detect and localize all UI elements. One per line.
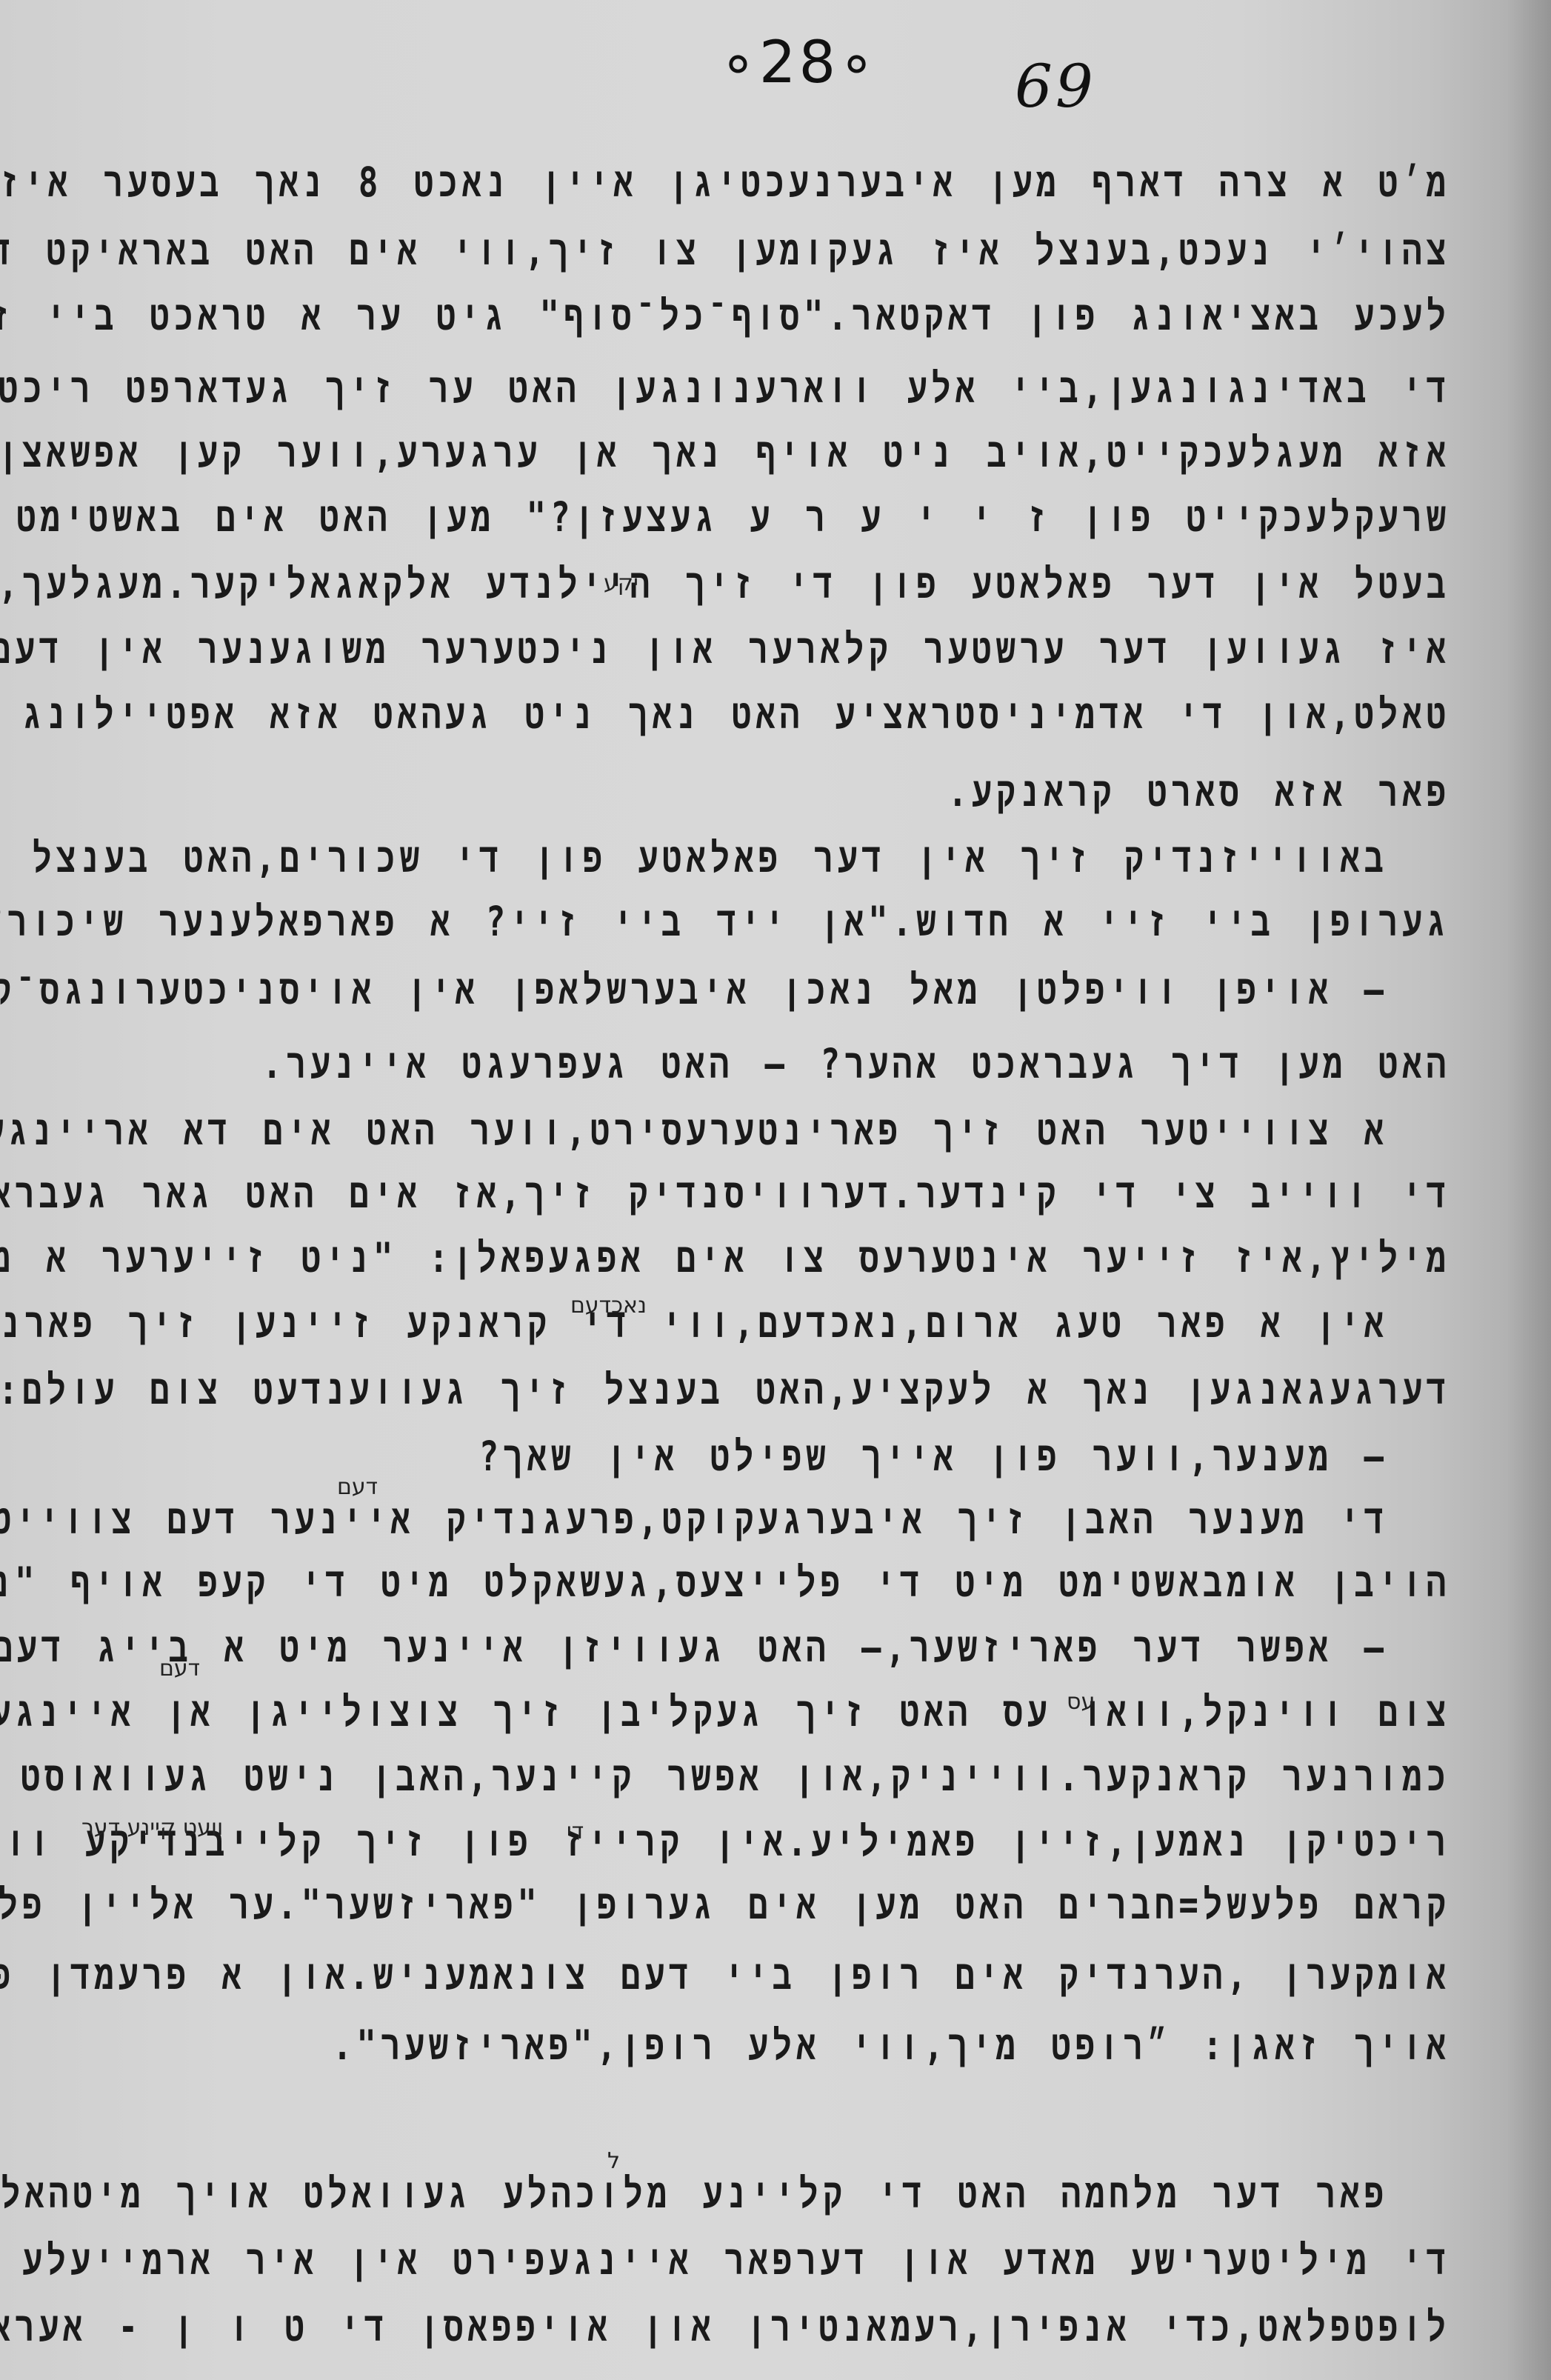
text-line: איז געווען דער ערשטער קלארער און ניכטערע… xyxy=(0,630,1450,670)
text-line: צהוי׳י נעכט,בענצל איז געקומען צו זיך,ווי… xyxy=(0,231,1450,272)
document-page: ∘28∘ 69 מ׳ט א צרה דארף מען איבערנעכטיגן … xyxy=(0,0,1551,2380)
text-line: אומקערן ,הערנדיק אים רופן ביי דעם צונאמע… xyxy=(0,1956,1450,1996)
text-line: די באדינגונגען,ביי אלע ווארענונגען האט ע… xyxy=(0,369,1450,410)
text-line: אין א פאר טעג ארום,נאכדעם,ווי די קראנקע … xyxy=(0,1304,1388,1344)
text-line: האט מען דיך געבראכט אהער? — האט געפרעגט … xyxy=(262,1044,1450,1085)
text-line: פאר אזא סארט קראנקע. xyxy=(948,773,1450,813)
text-line: טאלט,און די אדמיניסטראציע האט נאך ניט גע… xyxy=(22,695,1450,736)
text-line: פאר דער מלחמה האט די קליינע מלוכהלע געוו… xyxy=(0,2174,1388,2215)
text-line: די מיליטערישע מאדע און דערפאר איינגעפירט… xyxy=(0,2241,1450,2281)
page-edge-shadow xyxy=(1507,0,1551,2380)
handwritten-annotation: דעם xyxy=(337,1474,378,1500)
handwritten-annotation: עס xyxy=(1067,1689,1095,1715)
text-line: די מענער האבן זיך איבערגעקוקט,פרעגנדיק א… xyxy=(0,1500,1388,1541)
text-line: אזא מעגלעכקייט,אויב ניט אויף נאך אן ערגע… xyxy=(0,433,1450,474)
text-line: לעכע באציאונג פון דאקטאר."סוף־כל־סוף" גי… xyxy=(0,296,1450,337)
handwritten-annotation: ל xyxy=(607,2148,620,2174)
text-line: לופטפלאט,כדי אנפירן,רעמאנטירן און אויפפא… xyxy=(0,2307,1450,2348)
text-line: גערופן ביי זיי א חדוש."אן ייד ביי זיי? א… xyxy=(0,902,1450,943)
text-line: — אויפן וויפלטן מאל נאכן איבערשלאפן אין … xyxy=(0,970,1388,1011)
handwritten-annotation: יקע xyxy=(604,570,638,596)
text-line: הויבן אומבאשטימט מיט די פלייצעס,געשאקלט … xyxy=(0,1563,1450,1604)
text-line: דערגעגאנגען נאך א לעקציע,האט בענצל זיך ג… xyxy=(0,1370,1450,1411)
text-line: צום ווינקל,וואו עס האט זיך געקליבן זיך צ… xyxy=(0,1693,1450,1733)
text-line: באווייזנדיק זיך אין דער פאלאטע פון די שכ… xyxy=(0,839,1388,879)
text-line: די ווייב צי די קינדער.דערוויסנדיק זיך,אז… xyxy=(0,1174,1450,1215)
text-line: בעטל אין דער פאלאטע פון די זיך היילנדע א… xyxy=(0,564,1450,605)
text-line: מיליץ,איז זייער אינטערעס צו אים אפגעפאלן… xyxy=(0,1239,1450,1279)
text-line: שרעקלעכקייט פון ז י י ע ר ע געצעזן?" מען… xyxy=(0,498,1450,539)
text-line: קראם פלעשל=חברים האט מען אים גערופן "פאר… xyxy=(0,1885,1450,1926)
handwritten-annotation: דעם xyxy=(159,1656,200,1681)
page-number-handwritten: 69 xyxy=(1015,52,1096,121)
handwritten-annotation: וועט קיינע דער xyxy=(81,1815,223,1841)
text-line: מ׳ט א צרה דארף מען איבערנעכטיגן איין נאכ… xyxy=(0,163,1450,204)
text-line: — מענער,ווער פון אייך שפילט אין שאך? xyxy=(479,1437,1388,1478)
text-line: כמורנער קראנקער.ווייניק,און אפשר קיינער,… xyxy=(0,1757,1450,1798)
handwritten-annotation: די xyxy=(567,1819,584,1844)
handwritten-annotation: נאכדעם xyxy=(570,1293,647,1319)
page-number-typed: ∘28∘ xyxy=(720,30,878,96)
text-line: אויך זאגן: ״רופט מיך,ווי אלע רופן,"פאריז… xyxy=(333,2026,1450,2067)
text-line: — אפשר דער פאריזשער,— האט געוויזן איינער… xyxy=(0,1628,1388,1669)
text-line: א צווייטער האט זיך פארינטערעסירט,ווער הא… xyxy=(0,1111,1388,1152)
